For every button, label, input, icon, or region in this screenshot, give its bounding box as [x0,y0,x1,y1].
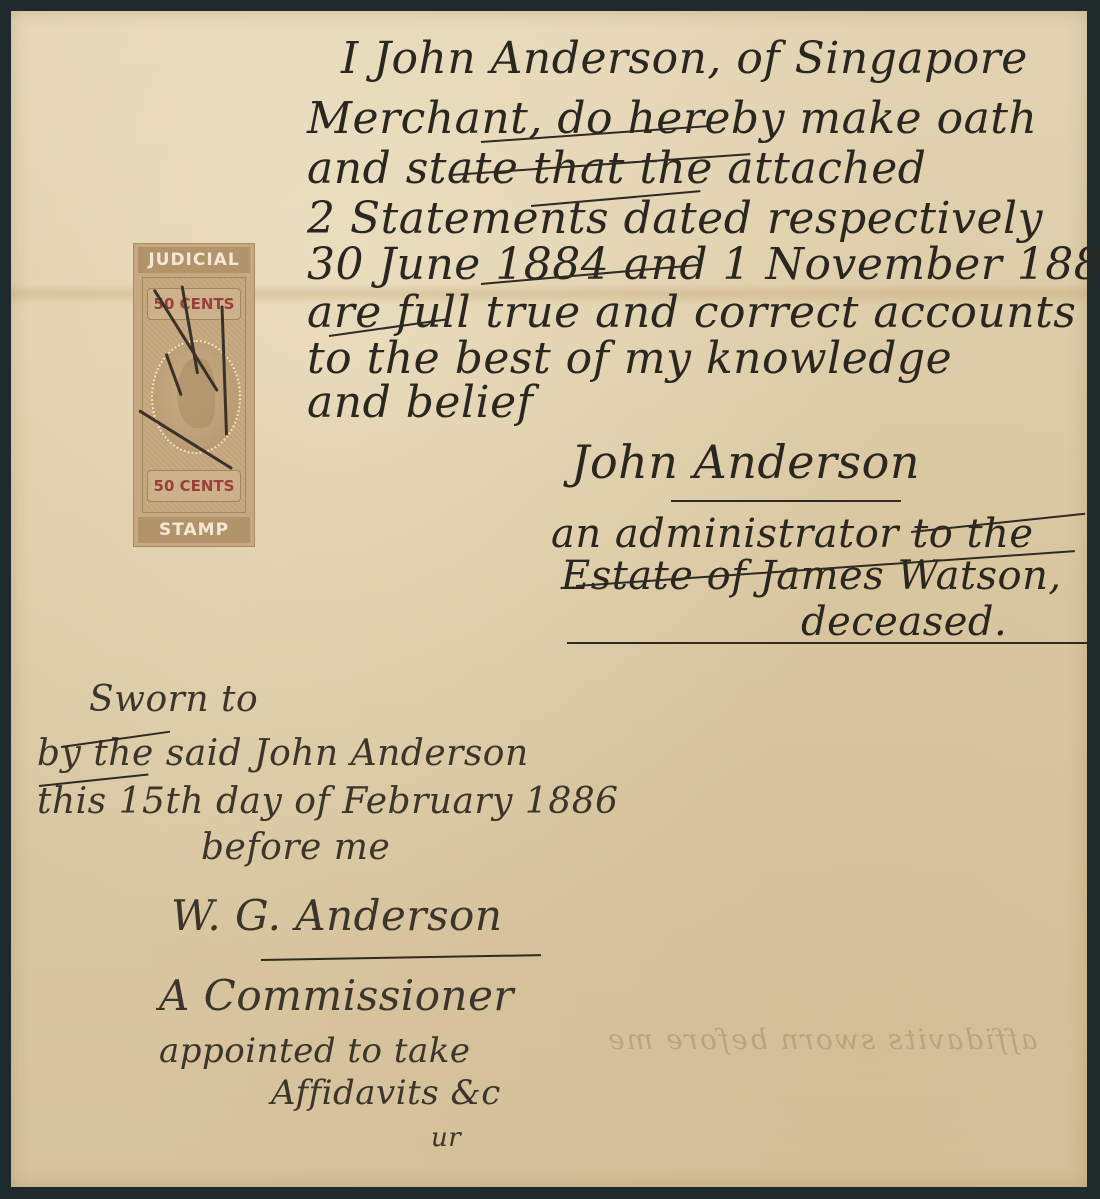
deponent-title-line: deceased. [801,599,1007,645]
commissioner-flourish: ur [431,1123,461,1153]
deponent-title-line: an administrator to the [551,511,1034,557]
commissioner-title-line: Affidavits &c [271,1073,501,1113]
oath-line: to the best of my knowledge [307,337,952,381]
signature-underline [261,954,541,961]
judicial-stamp: JUDICIAL 50 CENTS 50 CENTS STAMP [133,243,255,547]
stamp-bottom-label: STAMP [138,517,250,543]
stamp-top-label: JUDICIAL [138,247,250,273]
oath-line: 30 June 1884 and 1 November 1884, [307,243,1100,287]
deponent-title-line: Estate of James Watson, [561,553,1062,599]
jurat-line: this 15th day of February 1886 [37,781,619,822]
commissioner-title-line: A Commissioner [159,971,514,1020]
deponent-signature: John Anderson [571,435,920,489]
signature-underline [671,500,901,502]
bleed-through-text: affidavits sworn before me [606,1023,1038,1056]
jurat-line: Sworn to [89,679,258,720]
oath-line: Merchant, do hereby make oath [307,97,1037,141]
stamp-lower-value: 50 CENTS [147,470,241,502]
commissioner-title-line: appointed to take [159,1031,471,1071]
separator-rule [567,642,1087,644]
oath-line: and belief [307,381,533,425]
oath-line: and state that the attached [307,147,926,191]
oath-line: 2 Statements dated respectively [307,197,1043,241]
jurat-line: before me [201,827,390,868]
document-page: affidavits sworn before me JUDICIAL 50 C… [11,11,1087,1187]
stamp-body: 50 CENTS 50 CENTS [142,277,246,513]
commissioner-signature: W. G. Anderson [171,891,502,940]
oath-line: I John Anderson, of Singapore [341,37,1028,81]
oath-line: are full true and correct accounts [307,291,1076,335]
